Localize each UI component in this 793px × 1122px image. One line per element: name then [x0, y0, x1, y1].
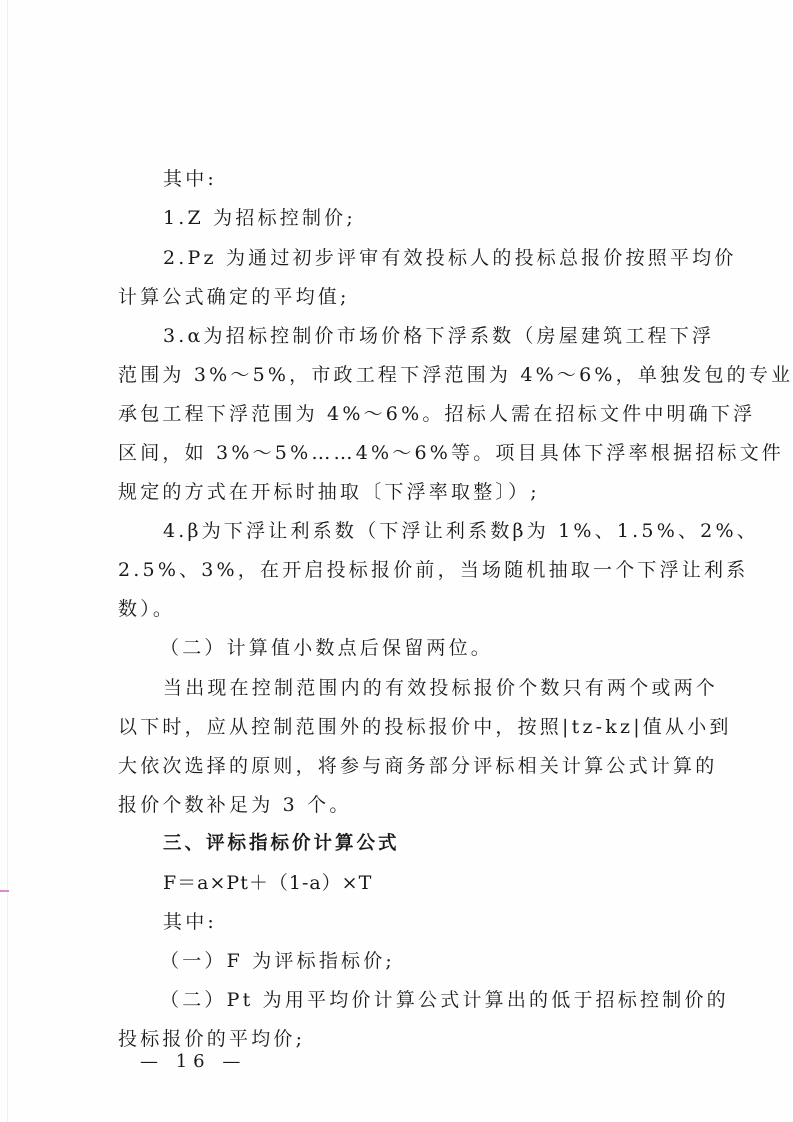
text-line-item-3-cont-2: 承包工程下浮范围为 4%～6%。招标人需在招标文件中明确下浮	[118, 402, 755, 426]
text-line-definition-pt: （二）Pt 为用平均价计算公式计算出的低于招标控制价的	[160, 988, 729, 1012]
text-line-definition-f: （一）F 为评标指标价;	[160, 949, 395, 973]
formula-line: F＝a×Pt＋（1-a）×T	[163, 871, 372, 895]
text-line-item-4-cont-1: 2.5%、3%，在开启投标报价前，当场随机抽取一个下浮让利系	[118, 558, 748, 582]
text-line-item-3-cont-3: 区间，如 3%～5%……4%～6%等。项目具体下浮率根据招标文件	[118, 441, 784, 465]
page-number: — 16 —	[140, 1051, 246, 1072]
text-line-section-2-rounding: （二）计算值小数点后保留两位。	[160, 636, 493, 660]
text-line-fallback-rule-cont-3: 报价个数补足为 3 个。	[118, 793, 352, 817]
text-line-fallback-rule: 当出现在控制范围内的有效投标报价个数只有两个或两个	[163, 676, 718, 700]
margin-mark	[0, 890, 9, 892]
text-line-where-intro: 其中:	[163, 167, 217, 191]
text-line-item-3-cont-1: 范围为 3%～5%，市政工程下浮范围为 4%～6%，单独发包的专业	[118, 363, 793, 387]
text-line-item-2-cont: 计算公式确定的平均值;	[118, 285, 350, 309]
text-line-item-3-cont-4: 规定的方式在开标时抽取〔下浮率取整〕）;	[118, 480, 540, 504]
text-line-fallback-rule-cont-2: 大依次选择的原则，将参与商务部分评标相关计算公式计算的	[118, 754, 717, 778]
text-line-item-2: 2.Pz 为通过初步评审有效投标人的投标总报价按照平均价	[163, 246, 737, 270]
text-line-item-1: 1.Z 为招标控制价;	[163, 206, 356, 230]
binding-margin-line	[7, 0, 8, 1122]
text-line-item-4-cont-2: 数）。	[118, 597, 175, 621]
text-line-item-3: 3.α为招标控制价市场价格下浮系数（房屋建筑工程下浮	[163, 324, 714, 348]
text-line-item-4: 4.β为下浮让利系数（下浮让利系数β为 1%、1.5%、2%、	[163, 519, 759, 543]
text-line-where-intro-2: 其中:	[163, 910, 217, 934]
text-line-fallback-rule-cont-1: 以下时，应从控制范围外的投标报价中，按照|tz-kz|值从小到	[118, 715, 732, 739]
section-heading-3: 三、评标指标价计算公式	[163, 832, 400, 856]
document-page: 其中: 1.Z 为招标控制价; 2.Pz 为通过初步评审有效投标人的投标总报价按…	[0, 0, 793, 1122]
text-line-definition-pt-cont: 投标报价的平均价;	[118, 1027, 305, 1051]
